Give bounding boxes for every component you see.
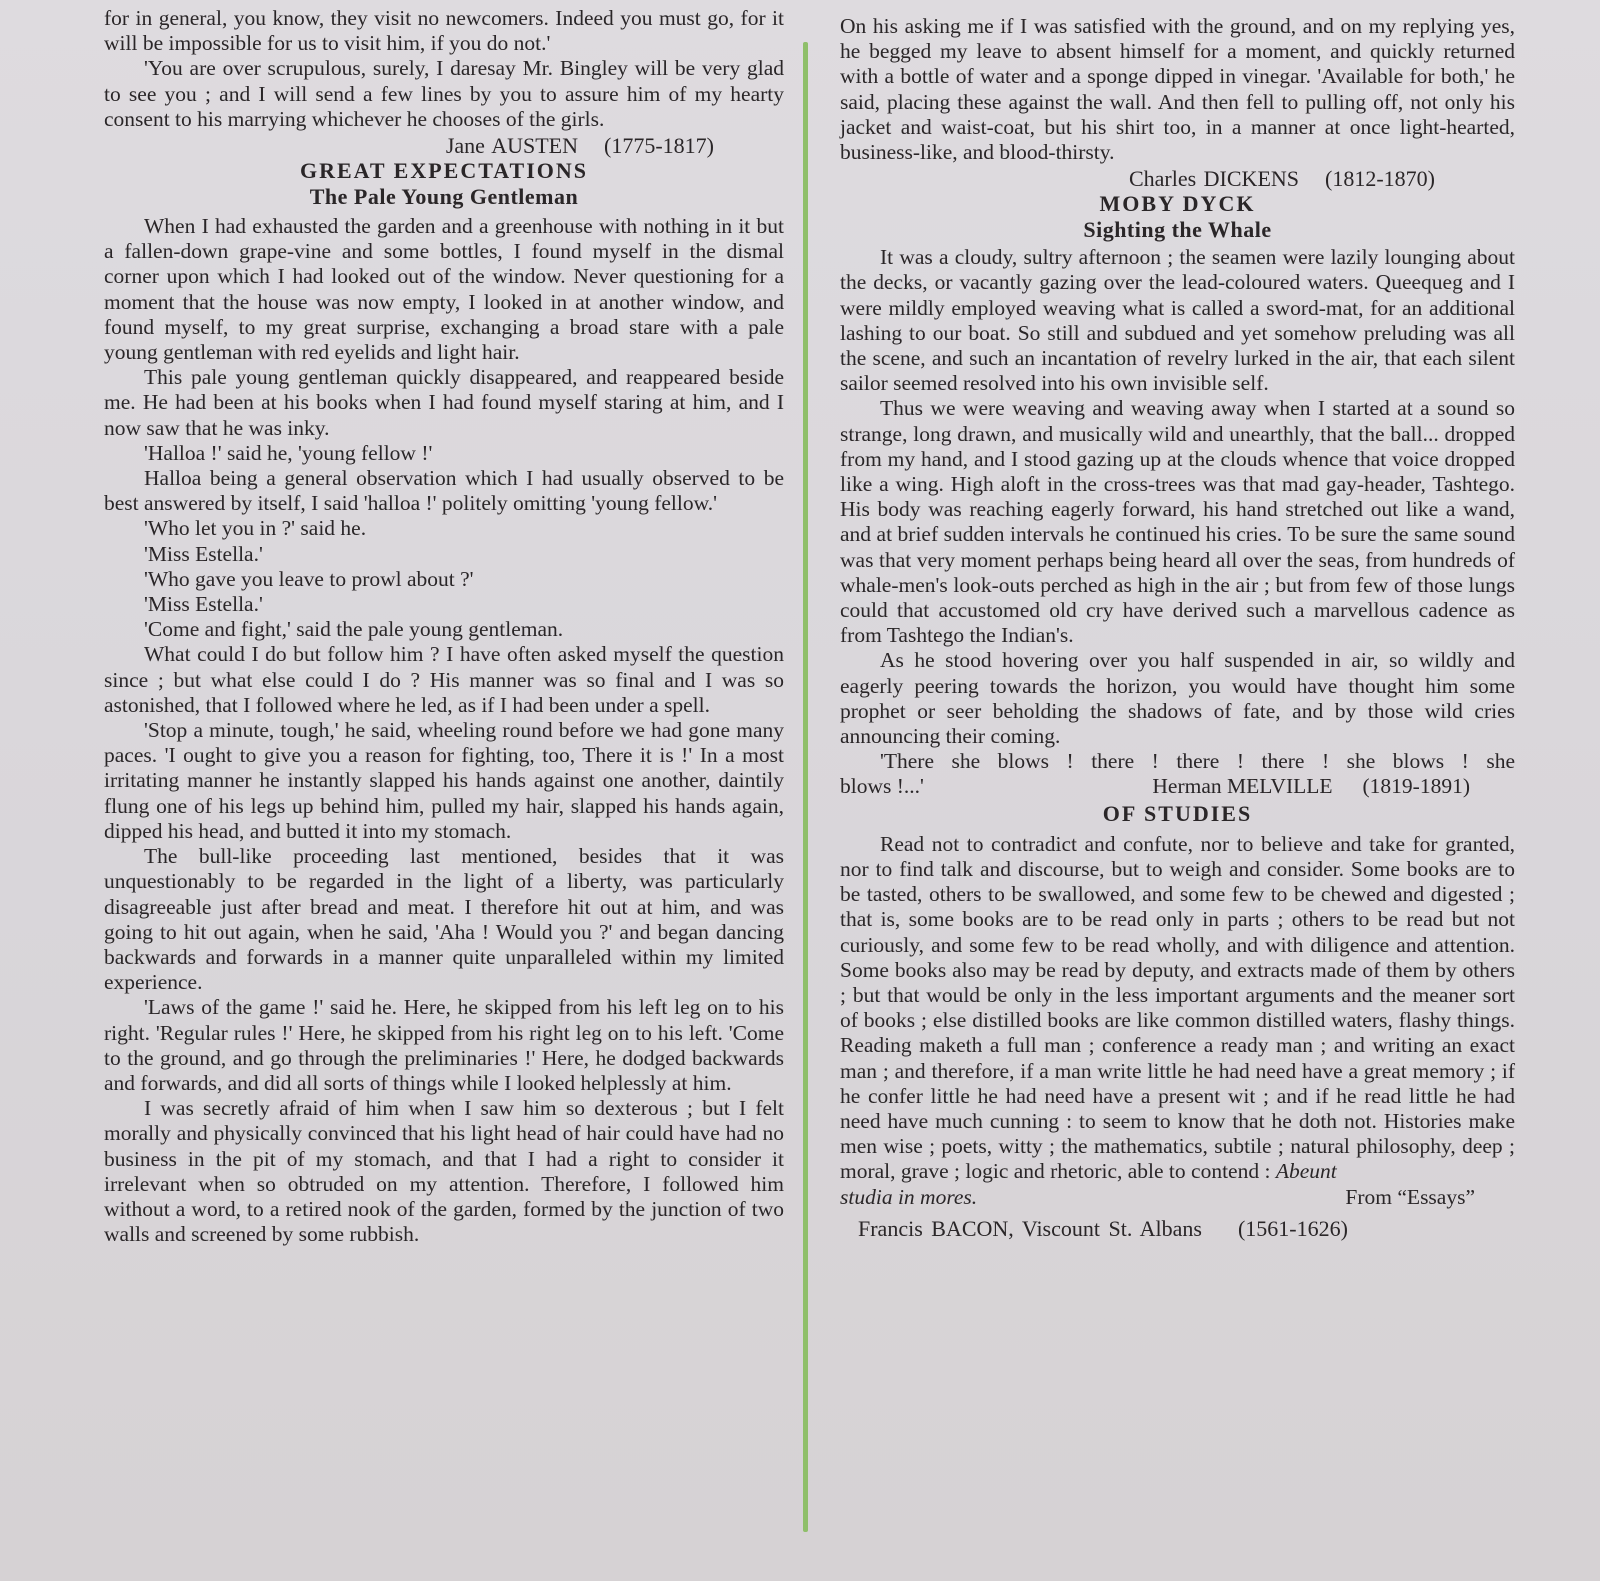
paragraph: Thus we were weaving and weaving away wh… <box>840 396 1515 648</box>
paragraph: I was secretly afraid of him when I saw … <box>104 1096 784 1247</box>
paragraph: 'Stop a minute, tough,' he said, wheelin… <box>104 718 784 844</box>
great-expectations-excerpt: GREAT EXPECTATIONS The Pale Young Gentle… <box>104 159 784 1247</box>
paragraph: 'You are over scrupulous, surely, I dare… <box>104 56 784 132</box>
dialogue-line: 'Come and fight,' said the pale young ge… <box>104 617 784 642</box>
paragraph: When I had exhausted the garden and a gr… <box>104 214 784 365</box>
paragraph: On his asking me if I was satisfied with… <box>840 14 1515 165</box>
paragraph: Read not to contradict and confute, nor … <box>840 832 1515 1185</box>
author-attribution: Francis BACON, Viscount St. Albans(1561-… <box>840 1216 1515 1241</box>
author-years: (1812-1870) <box>1325 166 1435 191</box>
paragraph: What could I do but follow him ? I have … <box>104 642 784 718</box>
paragraph: 'Laws of the game !' said he. Here, he s… <box>104 995 784 1096</box>
moby-dyck-excerpt: MOBY DYCK Sighting the Whale It was a cl… <box>840 192 1515 799</box>
dialogue-line: 'Miss Estella.' <box>104 542 784 567</box>
paragraph: for in general, you know, they visit no … <box>104 6 784 56</box>
section-subtitle: The Pale Young Gentleman <box>104 183 784 210</box>
section-title: MOBY DYCK <box>840 192 1515 216</box>
dialogue-line: 'There she blows ! there ! there ! there… <box>840 749 1515 774</box>
closing-line-with-attribution: blows !...' Herman MELVILLE(1819-1891) <box>840 774 1515 799</box>
author-name: Charles DICKENS <box>1129 166 1299 191</box>
author-name: Jane AUSTEN <box>446 133 578 158</box>
of-studies-excerpt: OF STUDIES Read not to contradict and co… <box>840 802 1515 1241</box>
author-years: (1775-1817) <box>604 133 714 158</box>
source-reference: From “Essays” <box>1345 1185 1475 1210</box>
section-subtitle: Sighting the Whale <box>840 216 1515 243</box>
author-name: Herman MELVILLE <box>1152 774 1332 798</box>
paragraph: Halloa being a general observation which… <box>104 466 784 516</box>
dialogue-end: blows !...' <box>840 774 924 799</box>
paragraph: It was a cloudy, sultry afternoon ; the … <box>840 245 1515 396</box>
author-attribution: Jane AUSTEN(1775-1817) <box>104 132 784 159</box>
section-title: OF STUDIES <box>840 802 1515 826</box>
paragraph: As he stood hovering over you half suspe… <box>840 648 1515 749</box>
dialogue-line: 'Who gave you leave to prowl about ?' <box>104 567 784 592</box>
dialogue-line: 'Halloa !' said he, 'young fellow !' <box>104 441 784 466</box>
author-attribution: Charles DICKENS(1812-1870) <box>840 165 1515 192</box>
right-column: On his asking me if I was satisfied with… <box>840 14 1515 1241</box>
author-years: (1561-1626) <box>1238 1216 1348 1241</box>
paragraph: This pale young gentleman quickly disapp… <box>104 365 784 441</box>
book-page: for in general, you know, they visit no … <box>0 0 1600 1581</box>
dialogue-line: 'Miss Estella.' <box>104 592 784 617</box>
paragraph: The bull-like proceeding last mentioned,… <box>104 844 784 995</box>
quote-and-source-line: studia in mores. From “Essays” <box>840 1185 1515 1210</box>
essay-text: Read not to contradict and confute, nor … <box>840 832 1515 1184</box>
section-title: GREAT EXPECTATIONS <box>104 159 784 183</box>
latin-quote: Abeunt <box>1276 1159 1337 1183</box>
column-divider-green-line <box>803 42 808 1532</box>
author-attribution: Herman MELVILLE(1819-1891) <box>1152 774 1470 799</box>
austen-excerpt: for in general, you know, they visit no … <box>104 6 784 159</box>
left-column: for in general, you know, they visit no … <box>104 6 784 1247</box>
author-name: Francis BACON, Viscount St. Albans <box>858 1216 1202 1241</box>
author-years: (1819-1891) <box>1363 774 1470 798</box>
dickens-excerpt-continued: On his asking me if I was satisfied with… <box>840 14 1515 192</box>
dialogue-line: 'Who let you in ?' said he. <box>104 516 784 541</box>
latin-quote-continued: studia in mores. <box>840 1185 977 1210</box>
